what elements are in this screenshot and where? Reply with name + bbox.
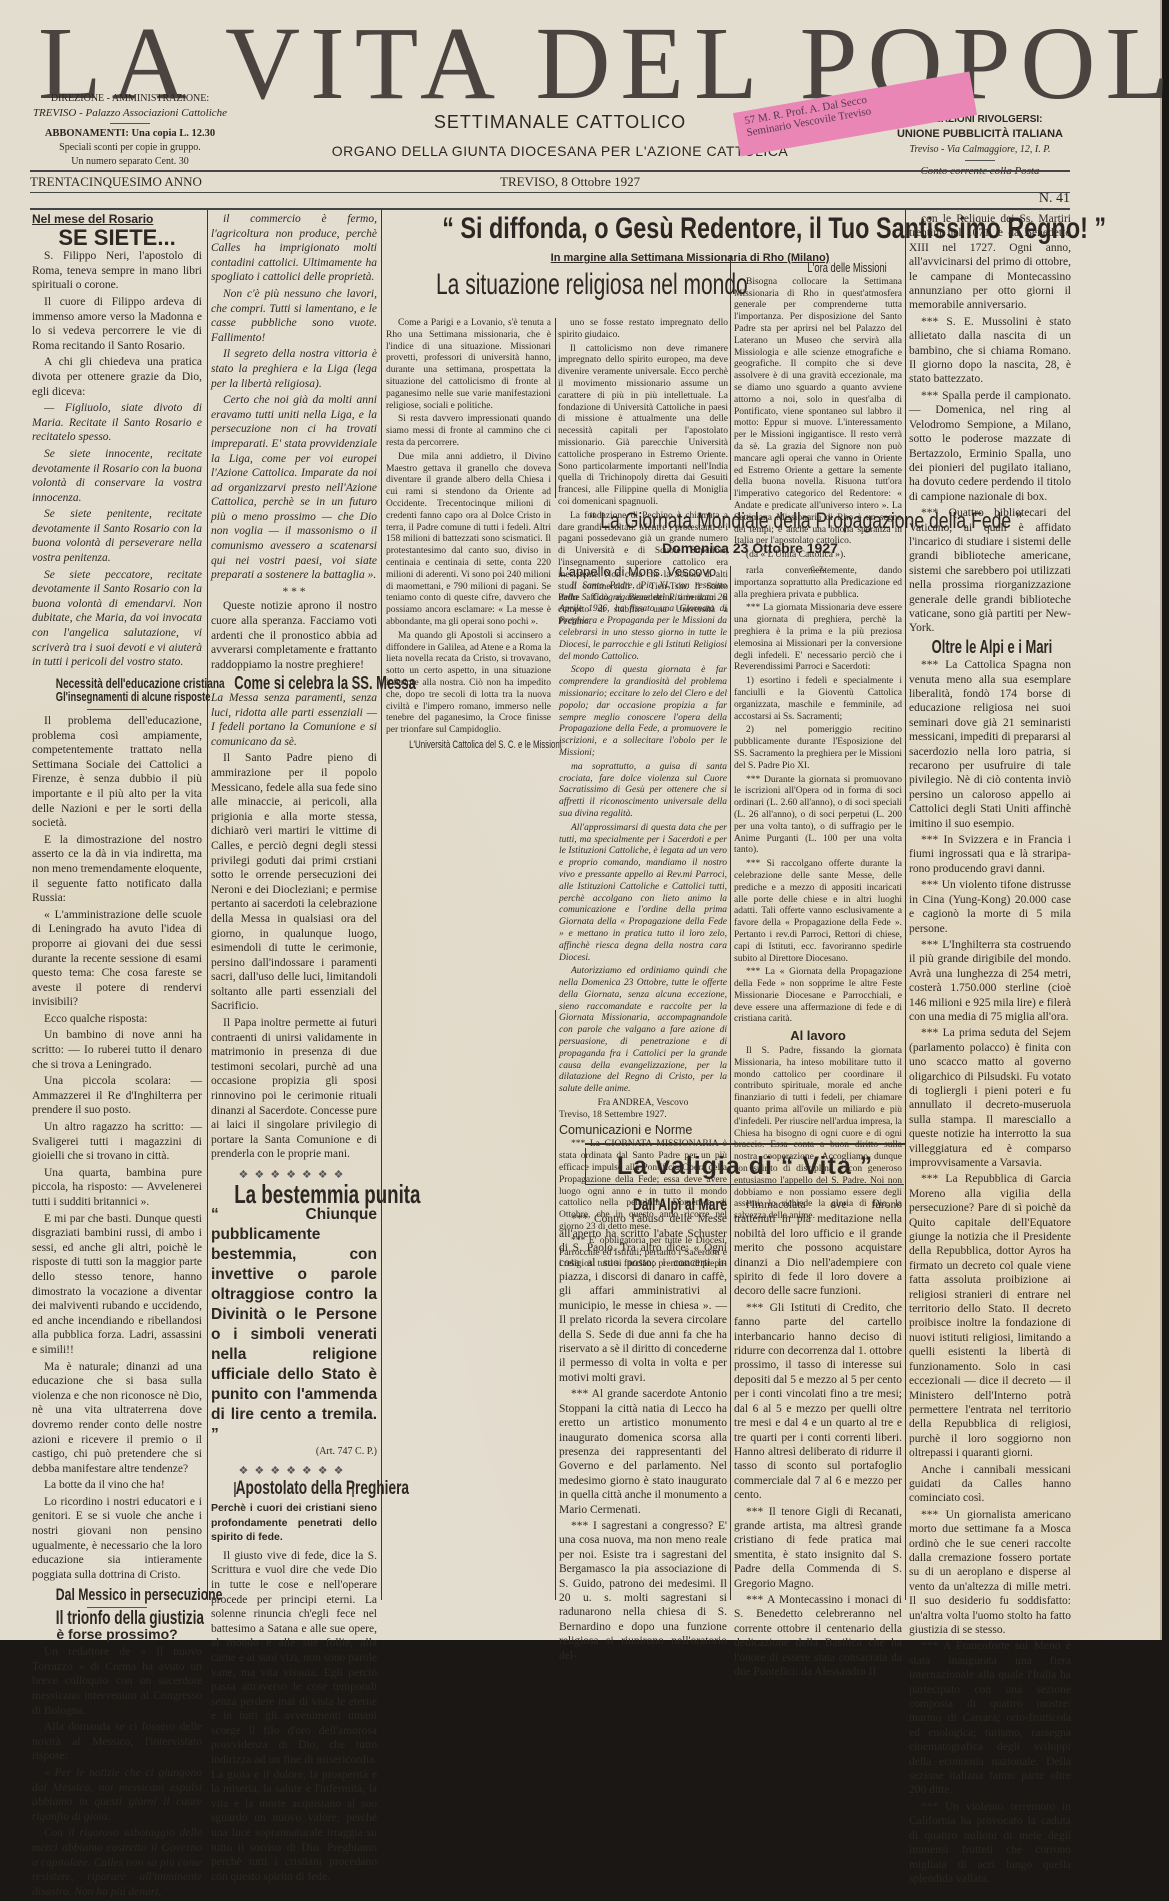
paragraph: Certo che noi già da molti anni eravamo … xyxy=(211,393,377,583)
news-item: *** La Repubblica di Garcia Moreno alla … xyxy=(909,1172,1071,1460)
paragraph: Come a Parigi e a Lovanio, s'è tenuta a … xyxy=(386,318,551,412)
abroad-headline: Oltre le Alpi e i Mari xyxy=(932,640,1049,654)
paragraph: All'approssimarsi di questa data che per… xyxy=(559,823,727,965)
giornata-column-b: rarla convenientemente, dando importanza… xyxy=(734,566,902,1225)
group-discount: Speciali sconti per copie in gruppo. xyxy=(30,141,230,155)
paragraph: La botte da il vino che ha! xyxy=(32,1478,202,1493)
paragraph: — Figliuolo, siate divoto di Maria. Reci… xyxy=(32,401,202,445)
news-item: *** Il tenore Gigli di Recanati, grande … xyxy=(734,1505,902,1591)
prayer-deck: Perchè i cuori dei cristiani sieno profo… xyxy=(211,1501,377,1545)
paragraph: Ecco qualche risposta: xyxy=(32,1012,202,1027)
paragraph: Scopo di questa giornata è far comprende… xyxy=(559,665,727,759)
news-item: l'Immacolata ove furono trattenuti in pi… xyxy=(734,1198,902,1299)
news-item: *** L'Inghilterra sta costruendo il più … xyxy=(909,938,1071,1024)
paragraph: Il cattolicismo non deve rimanere impreg… xyxy=(558,344,728,509)
news-item: *** La prima seduta del Sejem (parlament… xyxy=(909,1026,1071,1170)
column-right: con le Reliquie dei Ss. Martiri trentini… xyxy=(909,212,1071,1653)
news-item: *** A Francoforte sul Meno è stata inaug… xyxy=(909,1639,1071,1653)
paragraph: Il cuore di Filippo ardeva di immenso am… xyxy=(32,295,202,353)
divider xyxy=(110,123,150,124)
paragraph: Il Santo Padre pieno di ammirazione per … xyxy=(211,751,377,1014)
valigia-subhead: Dall'Alpi al Mare xyxy=(606,1198,727,1212)
news-item: *** S. E. Mussolini è stato allietato da… xyxy=(909,315,1071,387)
paragraph: Il Papa inoltre permette ai futuri contr… xyxy=(211,1016,377,1162)
masthead-admin-block: DIREZIONE - AMMINISTRAZIONE: TREVISO - P… xyxy=(30,92,230,169)
prayer-headline: Apostolato della Preghiera xyxy=(234,1482,354,1497)
blasphemy-headline: La bestemmia punita xyxy=(234,1187,354,1202)
paragraph: Il S. Padre, fissando la giornata Missio… xyxy=(734,1046,902,1223)
news-item: *** Gli Istituti di Credito, che fanno p… xyxy=(734,1301,902,1503)
issue-bar: N. 41 xyxy=(30,190,1070,210)
letter-date: Treviso, 18 Settembre 1927. xyxy=(559,1110,727,1122)
news-item: *** I sagrestani a congresso? E' una cos… xyxy=(559,1519,727,1653)
paragraph: Il problema dell'educazione, problema co… xyxy=(32,714,202,831)
column-rule xyxy=(905,210,906,1600)
news-item: *** La Cattolica Spagna non venuta meno … xyxy=(909,658,1071,831)
education-headline: Necessità dell'educazione cristiana xyxy=(56,676,178,691)
box-top-rule xyxy=(585,1143,905,1145)
paragraph: *** La giornata Missionaria deve essere … xyxy=(734,603,902,674)
feature-subhead: L'ora delle Missioni xyxy=(807,262,886,274)
law-citation: (Art. 747 C. P.) xyxy=(211,1445,377,1460)
paragraph: Se siete penitente, recitate devotamente… xyxy=(32,507,202,565)
column-rule xyxy=(730,1000,731,1600)
ornament-row: ❖❖❖❖❖❖❖ xyxy=(211,1464,377,1479)
valigia-column-b: l'Immacolata ove furono trattenuti in pi… xyxy=(734,1198,902,1653)
paragraph: Lo ricordino i nostri educatori e i geni… xyxy=(32,1495,202,1583)
paragraph: Queste notizie aprono il nostro cuore al… xyxy=(211,599,377,672)
news-item: *** A Montecassino i monaci di S. Benede… xyxy=(734,1593,902,1653)
news-item: *** In Svizzera e in Francia i fiumi ing… xyxy=(909,833,1071,876)
paragraph: Due mila anni addietro, il Divino Maestr… xyxy=(386,452,551,629)
paragraph: Una quarta, bambina pure piccola, ha ris… xyxy=(32,1166,202,1210)
column-rule xyxy=(381,210,382,1600)
bishop-appeal-headline: L'appello di Mons. Vescovo xyxy=(559,566,727,578)
feature-headline: “ Si diffonda, o Gesù Redentore, il Tuo … xyxy=(442,212,848,246)
column-rule xyxy=(730,255,731,500)
justice-headline: Il trionfo della giustizia xyxy=(56,1612,178,1627)
paragraph: Un bambino di nove anni ha scritto: — Io… xyxy=(32,1028,202,1072)
paragraph: Se siete peccatore, recitate devotamente… xyxy=(32,568,202,670)
norms-headline: Comunicazioni e Norme xyxy=(559,1125,727,1137)
divider xyxy=(87,709,147,710)
paragraph: Il segreto della nostra vittoria è stato… xyxy=(211,347,377,391)
paragraph: il commercio è fermo, l'agricoltura non … xyxy=(211,212,377,285)
paragraph: Ma quando gli Apostoli si accinsero a di… xyxy=(386,631,551,737)
paragraph: Ma è naturale; dinanzi ad una educazione… xyxy=(32,1360,202,1477)
column-rule xyxy=(207,210,208,1600)
single-copy-price: Un numero separato Cent. 30 xyxy=(30,155,230,169)
news-item: *** Spalla perde il campionato. — Domeni… xyxy=(909,389,1071,504)
giornata-headline: “ La Giornata Mondiale della Propagazion… xyxy=(590,508,866,534)
feature-title: La situazione religiosa nel mondo xyxy=(436,268,674,302)
paragraph: Il Santo Padre, Pio XI, con rescritto de… xyxy=(559,581,727,664)
column-rule xyxy=(555,1010,556,1600)
paragraph: 2) nel pomeriggio recitino pubblicamente… xyxy=(734,725,902,772)
paragraph: *** La « Giornata della Propagazione del… xyxy=(734,967,902,1026)
paragraph: S. Filippo Neri, l'apostolo di Roma, ten… xyxy=(32,249,202,293)
paragraph: E mi par che basti. Dunque questi disgra… xyxy=(32,1212,202,1358)
publication-date: TREVISO, 8 Ottobre 1927 xyxy=(500,174,640,190)
subscription-price: ABBONAMENTI: Una copia L. 12.30 xyxy=(30,127,230,141)
paragraph: Non c'è più nessuno che lavori, che comp… xyxy=(211,287,377,345)
paragraph: uno se fosse restato impregnato dello sp… xyxy=(558,318,728,342)
valigia-column-a: Dall'Alpi al Mare *** Contro l'abuso del… xyxy=(559,1198,727,1653)
newspaper-page: LA VITA DEL POPOLO DIREZIONE - AMMINISTR… xyxy=(0,0,1162,1640)
paragraph: Una piccola scolara: — Ammazzerei il Re … xyxy=(32,1074,202,1118)
publication-year: TRENTACINQUESIMO ANNO xyxy=(30,174,202,190)
admin-address: TREVISO - Palazzo Associazioni Cattolich… xyxy=(30,106,230,120)
paragraph: Un redattore de « Il nuovo Torrazzo » di… xyxy=(32,1645,202,1653)
ads-address: Treviso - Via Calmaggiore, 12, I. P. xyxy=(890,142,1070,157)
separator: * * * xyxy=(211,585,377,600)
education-subhead: Gl'insegnamenti di alcune risposte xyxy=(56,690,178,705)
mass-headline: Come si celebra la SS. Messa xyxy=(234,676,354,691)
feature-column-a: Come a Parigi e a Lovanio, s'è tenuta a … xyxy=(386,318,551,755)
paragraph: « L'amministrazione delle scuole di Leni… xyxy=(32,908,202,1010)
column-1: Nel mese del Rosario SE SIETE... S. Fili… xyxy=(32,212,202,1653)
rosary-headline: SE SIETE... xyxy=(32,231,202,246)
paragraph: Il giusto vive di fede, dice la S. Scrit… xyxy=(211,1549,377,1653)
news-item: *** Un violento tifone distrusse in Cina… xyxy=(909,878,1071,936)
mass-deck: La Messa senza paramenti, senza luci, ri… xyxy=(211,691,377,749)
paragraph: Si resta davvero impressionati quando si… xyxy=(386,414,551,449)
paragraph: *** Durante la giornata si promuovano le… xyxy=(734,775,902,858)
news-item: *** Al grande sacerdote Antonio Stoppani… xyxy=(559,1387,727,1517)
news-item: *** Quattro bibliotecari del Vaticano, a… xyxy=(909,506,1071,636)
giornata-date: Domenica 23 Ottobre 1927 xyxy=(600,540,900,556)
valigia-title: La valigia di “ Vita ” xyxy=(585,1148,904,1185)
column-rule xyxy=(555,318,556,498)
blasphemy-quote: “ Chiunque pubblicamente bestemmia, con … xyxy=(211,1205,377,1445)
paragraph: ma soprattutto, a guisa di santa crociat… xyxy=(559,762,727,821)
bishop-signature: Fra ANDREA, Vescovo xyxy=(559,1098,727,1110)
paragraph: rarla convenientemente, dando importanza… xyxy=(734,566,902,601)
paragraph: Se siete innocente, recitate devotamente… xyxy=(32,447,202,505)
paragraph: Autorizziamo ed ordiniamo quindi che nel… xyxy=(559,966,727,1096)
work-headline: Al lavoro xyxy=(734,1030,902,1042)
admin-heading: DIREZIONE - AMMINISTRAZIONE: xyxy=(30,92,230,106)
paragraph: E la dimostrazione del nostro asserto ce… xyxy=(32,833,202,906)
paragraph: A chi gli chiedeva una pratica divota pe… xyxy=(32,355,202,399)
column-rule xyxy=(730,566,731,1006)
news-item: *** Contro l'abuso delle Messe all'apert… xyxy=(559,1212,727,1385)
paragraph: 1) esortino i fedeli e specialmente i fa… xyxy=(734,676,902,723)
news-item: *** Un giornalista americano morto due s… xyxy=(909,1508,1071,1638)
paragraph: *** Si raccolgano offerte durante la cel… xyxy=(734,859,902,965)
feature-subhead: L'Università Cattolica del S. C. e le Mi… xyxy=(409,740,528,752)
mexico-kicker: Dal Messico in persecuzione xyxy=(56,1588,178,1603)
issue-number: N. 41 xyxy=(1039,191,1070,207)
paragraph: Un altro ragazzo ha scritto: — Svaligere… xyxy=(32,1120,202,1164)
column-2: il commercio è fermo, l'agricoltura non … xyxy=(211,212,377,1653)
divider xyxy=(965,160,995,161)
news-item: Anche i cannibali messicani guidati da C… xyxy=(909,1463,1071,1506)
news-item: con le Reliquie dei Ss. Martiri trentini… xyxy=(909,212,1071,313)
ads-agency: UNIONE PUBBLICITÀ ITALIANA xyxy=(890,127,1070,142)
